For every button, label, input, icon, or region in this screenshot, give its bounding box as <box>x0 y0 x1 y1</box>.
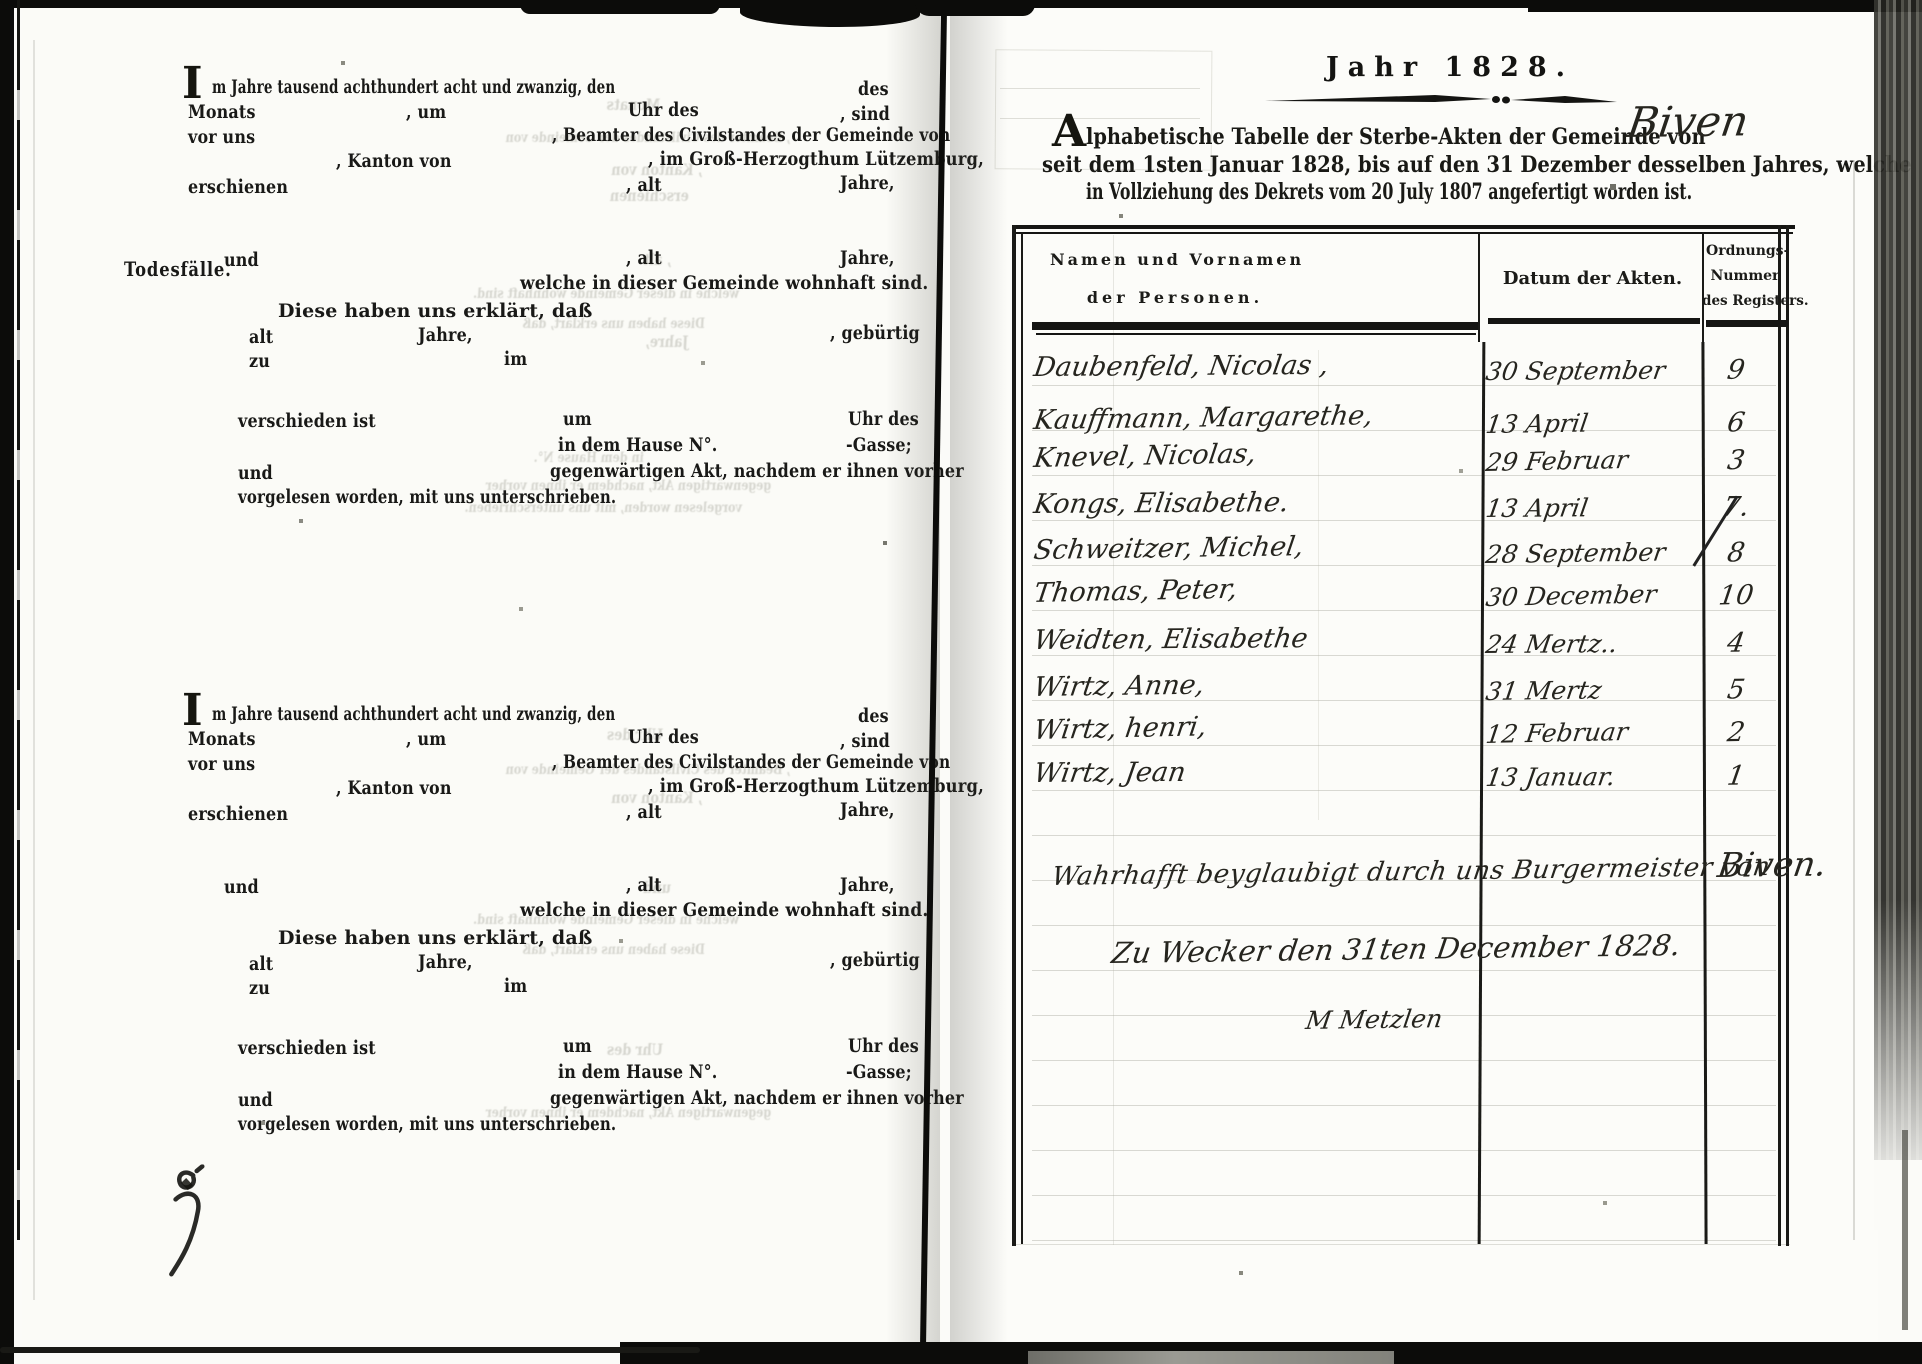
form-text: vorgelesen worden, mit uns unterschriebe… <box>238 486 616 508</box>
form-text: , Kanton von <box>336 777 452 799</box>
form-text: vor uns <box>188 126 255 148</box>
gutter-shadow-right <box>950 0 1008 1364</box>
divider-ornament <box>1265 92 1617 108</box>
form-text: alt <box>249 326 273 348</box>
entry-date: 13 April <box>1484 493 1590 523</box>
scan-edge-right-tail <box>1902 1130 1908 1330</box>
form-text: Uhr des <box>628 99 699 121</box>
form-text: im <box>504 975 527 997</box>
form-text: Monats <box>188 101 256 123</box>
entry-name: Thomas, Peter, <box>1032 574 1240 609</box>
column-header-number1: Ordnungs- <box>1706 243 1784 259</box>
form-margin-label: Todesfälle. <box>124 257 232 281</box>
form-text: alt <box>249 953 273 975</box>
bleedthrough-line <box>1000 118 1200 119</box>
form-text: Diese haben uns erklärt, daß <box>278 927 593 949</box>
header-bottom-rule-seg2 <box>1488 318 1700 324</box>
heading-initial: A <box>1052 106 1086 157</box>
entry-date: 31 Mertz <box>1484 675 1604 706</box>
entry-date: 13 Januar. <box>1484 762 1617 792</box>
form-text: , alt <box>626 247 662 269</box>
table-right-border-inner <box>1778 225 1781 1246</box>
bleedthrough-text: Jahre, <box>645 332 689 351</box>
scanned-register-spread: Monats , Beamter des Civilstandes der Ge… <box>0 0 1922 1364</box>
entry-date: 28 September <box>1484 538 1668 569</box>
table-left-border-outer <box>1012 225 1016 1246</box>
form-text: um <box>563 408 592 430</box>
entry-date: 30 December <box>1484 579 1658 612</box>
form-text: und <box>238 462 273 484</box>
column-header-names2: der Personen. <box>1050 288 1300 307</box>
form-text: , alt <box>626 874 662 896</box>
form-text: , um <box>406 728 446 750</box>
header-bottom-rule-seg1b <box>1036 333 1476 335</box>
form-text: erschienen <box>188 176 288 198</box>
entry-name: Kongs, Elisabethe. <box>1032 487 1291 520</box>
form-text: in dem Hause N°. <box>558 1061 718 1083</box>
form-text: vor uns <box>188 753 255 775</box>
table-right-border-outer <box>1786 225 1789 1246</box>
entry-number: 9 <box>1692 354 1781 386</box>
form-text: vorgelesen worden, mit uns unterschriebe… <box>238 1113 616 1135</box>
header-bottom-rule-seg1 <box>1032 322 1478 330</box>
form-text: welche in dieser Gemeinde wohnhaft sind. <box>520 899 928 921</box>
death-form-block-2: I m Jahre tausend achthundert acht und z… <box>0 627 950 1227</box>
scan-blob-top-4 <box>1528 0 1922 12</box>
form-text: verschieden ist <box>238 410 376 432</box>
certification-commune: Biven. <box>1715 844 1829 886</box>
form-text: Monats <box>188 728 256 750</box>
scan-blob-top-1 <box>520 0 720 14</box>
form-text: Uhr des <box>628 726 699 748</box>
entry-number: 3 <box>1692 444 1781 477</box>
form-text: und <box>238 1089 273 1111</box>
entry-date: 12 Februar <box>1484 717 1630 749</box>
entry-number: 5 <box>1692 674 1781 706</box>
entry-name: Kauffmann, Margarethe, <box>1032 400 1375 436</box>
scan-edge-left-line <box>17 0 20 1240</box>
heading-handwritten-commune: Biven <box>1624 96 1751 147</box>
entry-name: Wirtz, Jean <box>1032 757 1188 789</box>
form-text: in dem Hause N°. <box>558 434 718 456</box>
entry-number: 10 <box>1692 579 1781 612</box>
form-text: erschienen <box>188 803 288 825</box>
form-text: um <box>563 1035 592 1057</box>
entry-date: 30 September <box>1484 356 1668 386</box>
entry-name: Daubenfeld, Nicolas , <box>1032 350 1331 383</box>
form-text: , sind <box>840 103 890 125</box>
form-text: , alt <box>626 174 662 196</box>
scan-edge-left <box>0 0 14 1364</box>
page-edge-line-left <box>33 40 35 1300</box>
form-text: m Jahre tausend achthundert acht und zwa… <box>212 76 615 98</box>
table-bottom-rule <box>1014 1244 1790 1245</box>
entry-number: 4 <box>1692 627 1781 659</box>
entry-name: Weidten, Elisabethe <box>1032 623 1310 656</box>
certification-signature: M Metzlen <box>1304 1004 1445 1035</box>
table-left-border-inner <box>1021 232 1023 1244</box>
column-separator-dates-number <box>1702 232 1704 342</box>
year-title: Jahr 1828. <box>1326 52 1574 83</box>
column-separator-names-dates <box>1478 232 1480 342</box>
form-text: zu <box>249 350 270 372</box>
form-text: , sind <box>840 730 890 752</box>
entry-name: Wirtz, Anne, <box>1032 670 1207 703</box>
column-header-number2: Nummer <box>1706 268 1784 284</box>
column-header-date: Datum der Akten. <box>1500 268 1685 289</box>
ruled-lines <box>1032 341 1776 1246</box>
entry-number: 2 <box>1692 716 1781 749</box>
entry-date: 13 April <box>1484 409 1590 439</box>
entry-name: Knevel, Nicolas, <box>1032 438 1258 474</box>
entry-number: 1 <box>1692 760 1781 792</box>
scan-edge-right-fade <box>1874 900 1922 1230</box>
table-top-border-outer <box>1012 225 1795 229</box>
form-text: im <box>504 348 527 370</box>
entry-name: Schweitzer, Michel, <box>1032 531 1306 566</box>
heading-line: seit dem 1sten Januar 1828, bis auf den … <box>1042 152 1912 178</box>
heading-line: in Vollziehung des Dekrets vom 20 July 1… <box>1086 179 1692 205</box>
scan-blob-top-3 <box>915 0 1035 16</box>
scan-edge-bottom-line <box>0 1347 700 1353</box>
form-text: Jahre, <box>418 324 473 346</box>
form-text: , um <box>406 101 446 123</box>
bleedthrough-line <box>1000 88 1200 89</box>
form-text: des <box>858 78 889 100</box>
form-text: , alt <box>626 801 662 823</box>
form-text: des <box>858 705 889 727</box>
heading-line: lphabetische Tabelle der Sterbe-Akten de… <box>1086 124 1706 150</box>
entry-date: 29 Februar <box>1484 445 1630 477</box>
form-text: und <box>224 876 259 898</box>
entry-date: 24 Mertz.. <box>1484 629 1620 659</box>
form-text: Diese haben uns erklärt, daß <box>278 300 593 322</box>
entry-name: Wirtz, henri, <box>1032 711 1209 746</box>
ink-scribble <box>152 1163 227 1281</box>
form-text: Jahre, <box>418 951 473 973</box>
scan-edge-bottom-gray <box>1028 1351 1394 1364</box>
column-header-names: Namen und Vornamen <box>1050 250 1300 269</box>
form-text: verschieden ist <box>238 1037 376 1059</box>
form-text: und <box>224 249 259 271</box>
page-edge-line <box>1853 160 1855 1240</box>
dust-speckles <box>0 0 2 2</box>
table-top-border-inner <box>1014 232 1793 234</box>
header-bottom-rule-seg3 <box>1706 320 1788 327</box>
entry-number: 8 <box>1692 537 1781 569</box>
entry-number: 6 <box>1692 407 1781 439</box>
column-header-number3: des Registers. <box>1702 293 1788 309</box>
form-text: , Kanton von <box>336 150 452 172</box>
form-text: m Jahre tausend achthundert acht und zwa… <box>212 703 615 725</box>
form-text: zu <box>249 977 270 999</box>
form-text: welche in dieser Gemeinde wohnhaft sind. <box>520 272 928 294</box>
